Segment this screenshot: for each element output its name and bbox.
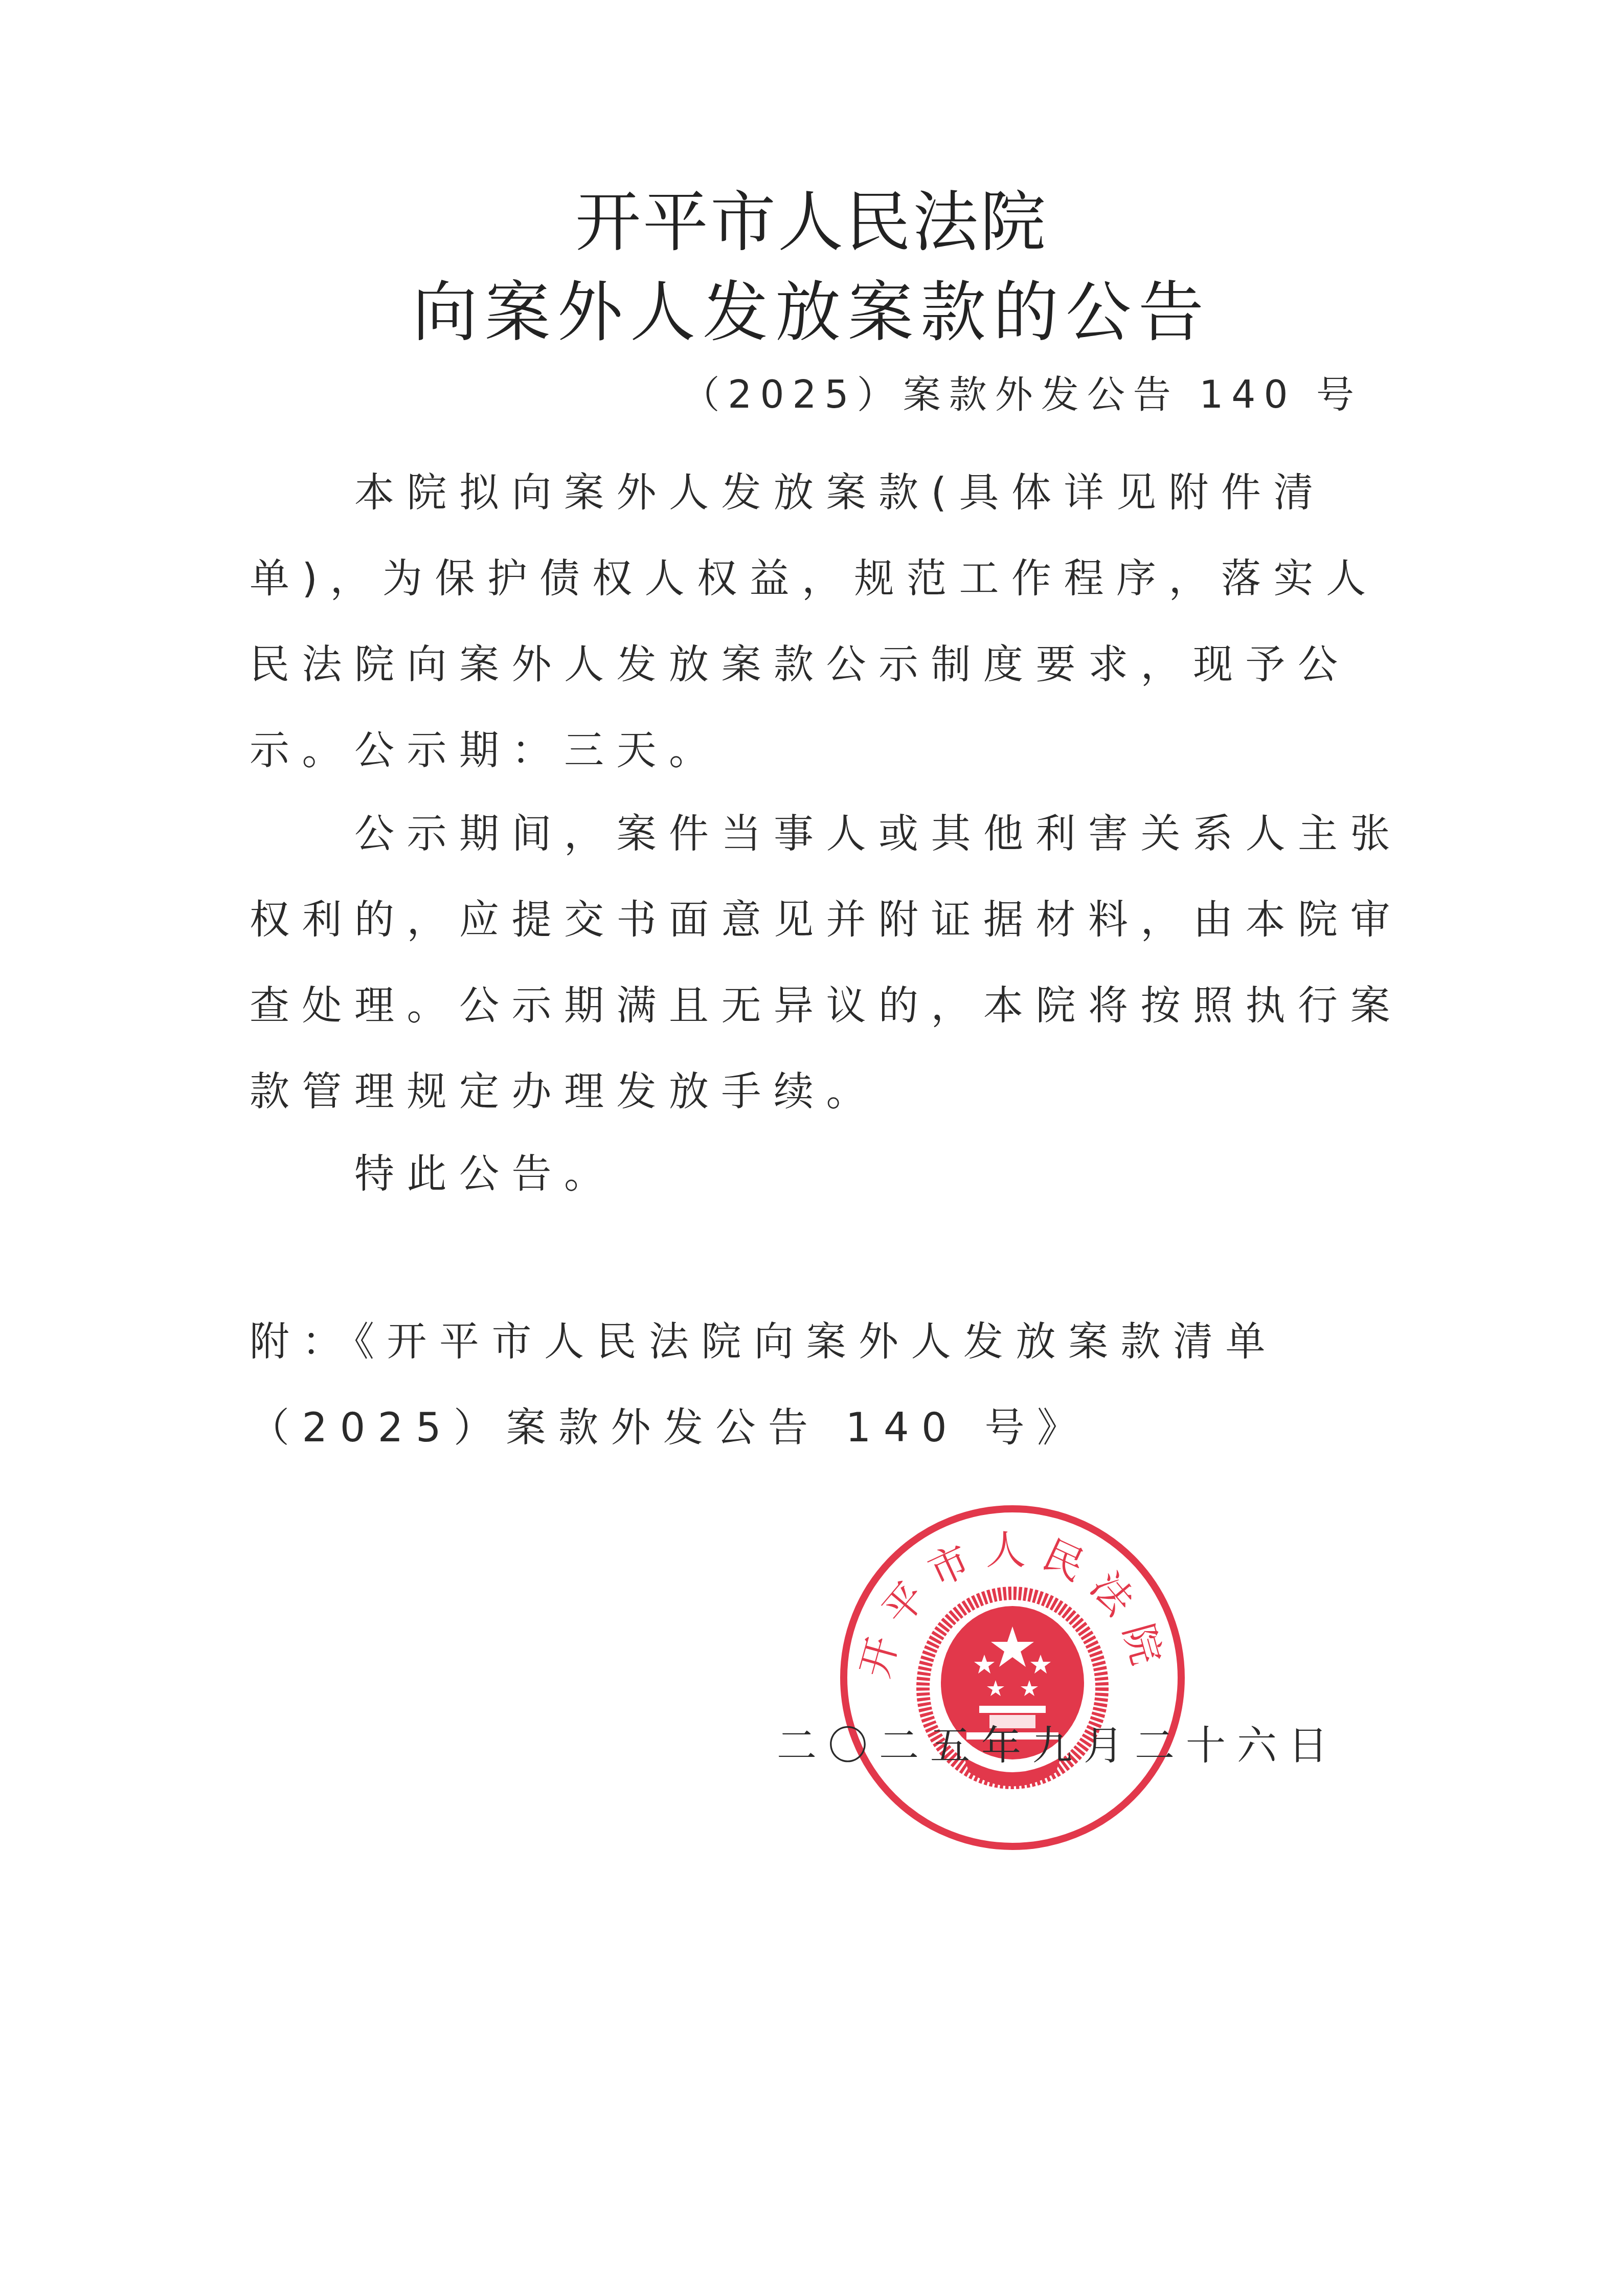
paragraph-line: 公示期间，案件当事人或其他利害关系人主张 xyxy=(250,791,1374,877)
paragraph-line: 本院拟向案外人发放案款(具体详见附件清 xyxy=(250,450,1374,536)
attachment-line: 附：《开平市人民法院向案外人发放案款清单 xyxy=(250,1299,1374,1385)
paragraph-objection: 公示期间，案件当事人或其他利害关系人主张 权利的，应提交书面意见并附证据材料，由… xyxy=(250,791,1374,1135)
court-seal: 开平市人民法院 xyxy=(836,1501,1189,1854)
paragraph-notice: 本院拟向案外人发放案款(具体详见附件清 单)，为保护债权人权益，规范工作程序，落… xyxy=(250,450,1374,794)
paragraph-line: 民法院向案外人发放案款公示制度要求，现予公 xyxy=(250,622,1374,708)
attachment-line: （2025）案款外发公告 140 号》 xyxy=(250,1385,1374,1471)
paragraph-line: 权利的，应提交书面意见并附证据材料，由本院审 xyxy=(250,877,1374,963)
document-title-line2: 向案外人发放案款的公告 xyxy=(0,280,1623,346)
paragraph-line: 查处理。公示期满且无异议的，本院将按照执行案 xyxy=(250,963,1374,1049)
case-number: （2025）案款外发公告 140 号 xyxy=(682,376,1362,414)
attachment-reference: 附：《开平市人民法院向案外人发放案款清单 （2025）案款外发公告 140 号》 xyxy=(250,1299,1374,1471)
paragraph-line: 特此公告。 xyxy=(250,1131,1374,1217)
paragraph-line: 示。公示期：三天。 xyxy=(250,708,1374,794)
paragraph-line: 款管理规定办理发放手续。 xyxy=(250,1049,1374,1135)
document-page: 开平市人民法院 向案外人发放案款的公告 （2025）案款外发公告 140 号 本… xyxy=(0,0,1623,2296)
paragraph-line: 单)，为保护债权人权益，规范工作程序，落实人 xyxy=(250,536,1374,622)
paragraph-closing: 特此公告。 xyxy=(250,1131,1374,1217)
document-title-line1: 开平市人民法院 xyxy=(0,190,1623,256)
seal-stamp-icon: 开平市人民法院 xyxy=(836,1501,1189,1854)
document-date: 二〇二五年九月二十六日 xyxy=(777,1726,1339,1766)
